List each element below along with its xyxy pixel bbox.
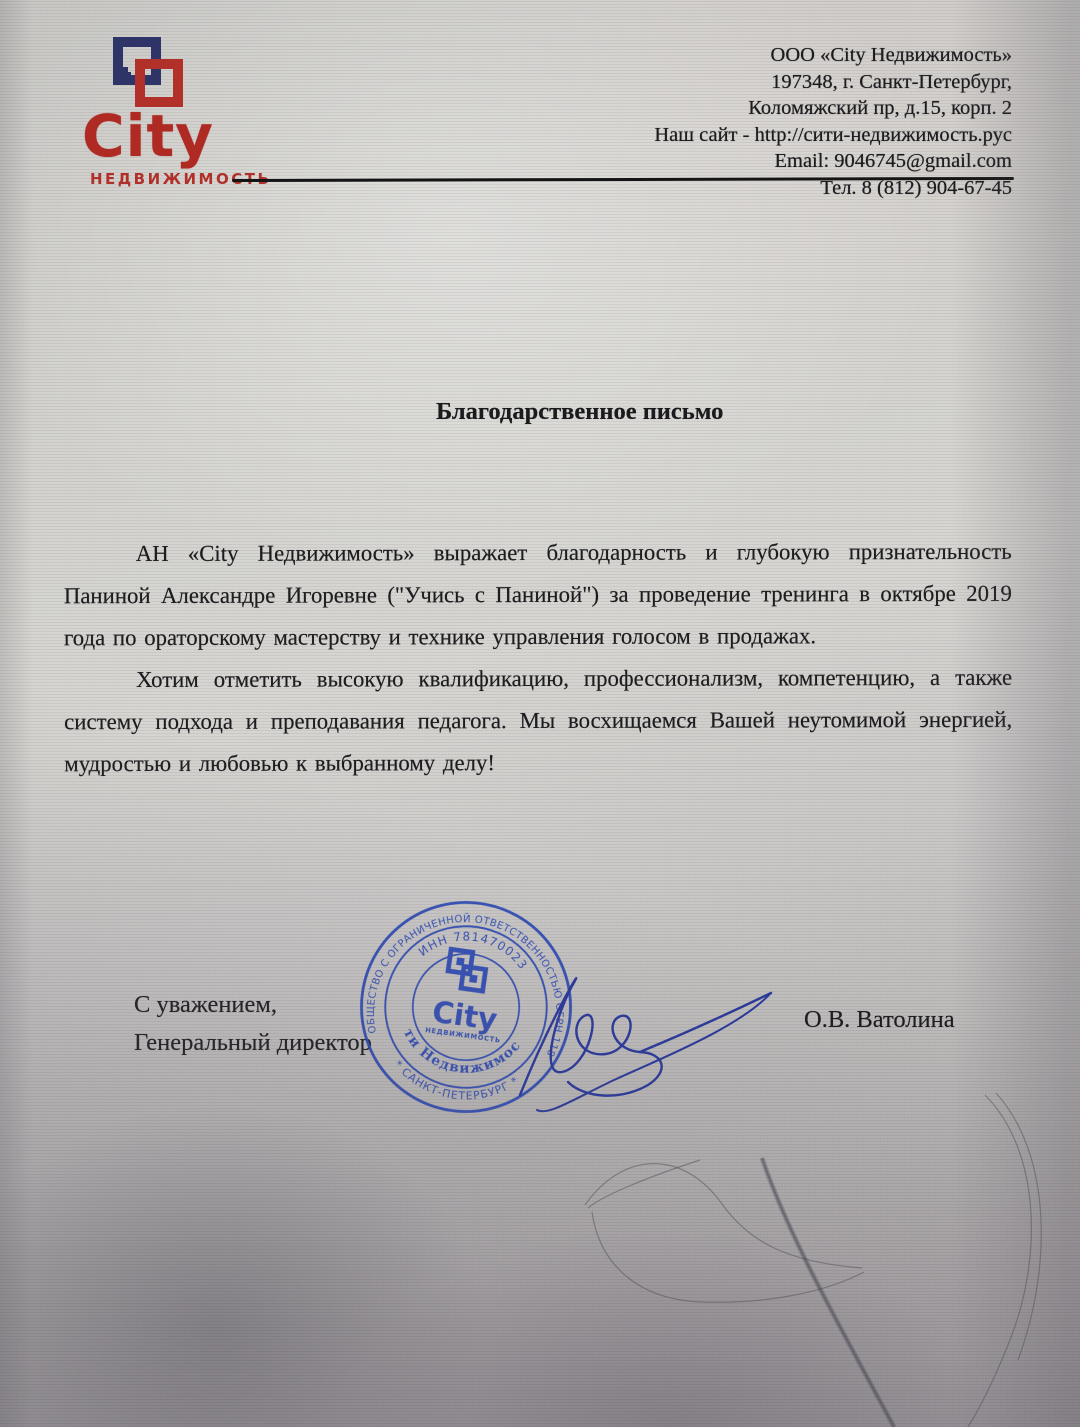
closing-salutation: С уважением, xyxy=(134,986,372,1024)
company-postal: 197348, г. Санкт-Петербург, xyxy=(654,69,1012,96)
company-name: ООО «City Недвижимость» xyxy=(654,42,1012,69)
signer-name: О.В. Ватолина xyxy=(804,1006,955,1034)
letter-body: АН «City Недвижимость» выражает благодар… xyxy=(64,531,1013,785)
logo-brand-text: City xyxy=(82,110,252,162)
company-logo: City НЕДВИЖИМОСТЬ xyxy=(82,36,252,188)
logo-subtitle-text: НЕДВИЖИМОСТЬ xyxy=(90,170,252,188)
letter-paragraph: АН «City Недвижимость» выражает благодар… xyxy=(64,531,1012,659)
company-website: Наш сайт - http://сити-недвижимость.рус xyxy=(654,122,1012,149)
company-address: Коломяжский пр, д.15, корп. 2 xyxy=(654,95,1012,122)
company-round-stamp: ОБЩЕСТВО С ОГРАНИЧЕННОЙ ОТВЕТСТВЕННОСТЬЮ… xyxy=(337,878,595,1136)
letter-title: Благодарственное письмо xyxy=(436,398,723,426)
letter-paragraph: Хотим отметить высокую квалификацию, про… xyxy=(64,657,1012,785)
closing-block: С уважением, Генеральный директор xyxy=(134,986,372,1062)
signer-position: Генеральный директор xyxy=(134,1024,372,1062)
city-logo-mark-icon xyxy=(112,36,184,108)
company-email: Email: 9046745@gmail.com xyxy=(654,148,1012,175)
